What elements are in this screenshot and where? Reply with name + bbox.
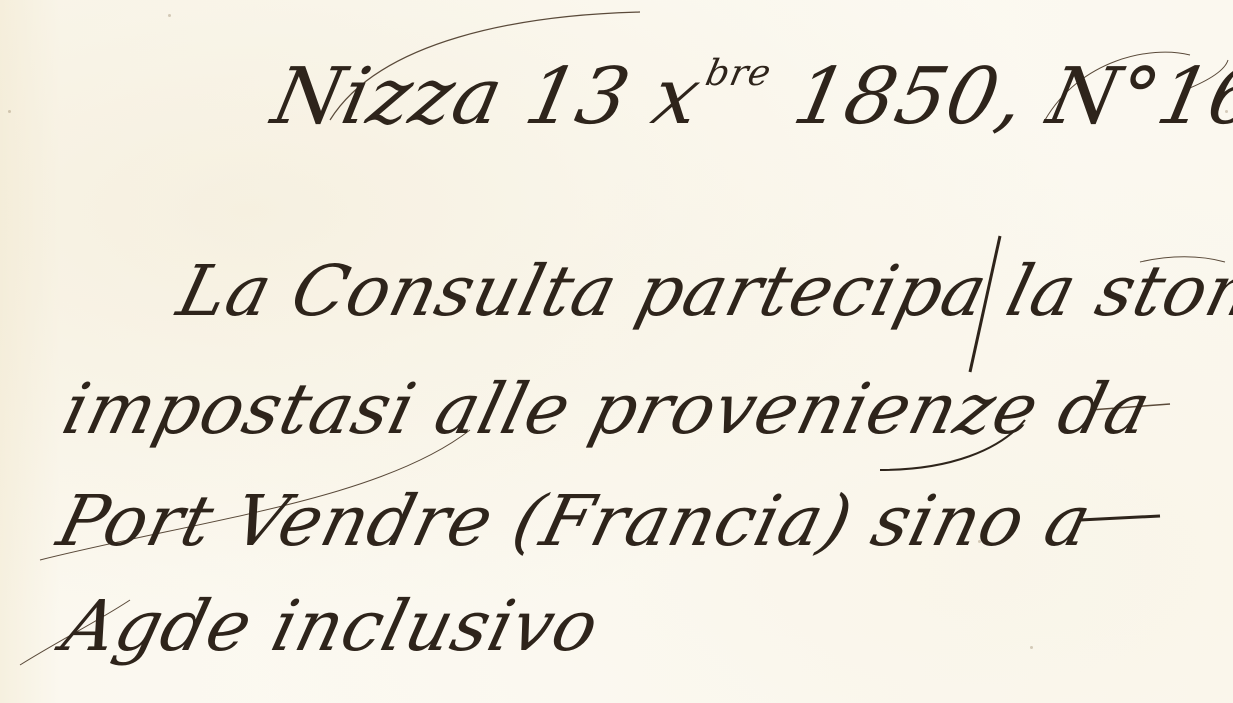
date-year: 1850, [786, 52, 1033, 142]
body-line-3: Port Vendre (Francia) sino a [50, 480, 1100, 562]
date-month: x [645, 52, 709, 142]
body-line-2: impostasi alle provenienze da [55, 368, 1159, 450]
date-day: 13 [518, 52, 638, 142]
date-month-superscript: bre [702, 53, 775, 94]
place-name: Nizza [265, 52, 511, 142]
body-line-4: Agde inclusivo [55, 585, 607, 667]
body-line-1: La Consulta partecipa la stoma [170, 250, 1233, 332]
paper-speck [168, 14, 171, 17]
paper-speck [1030, 646, 1033, 649]
document-heading: Nizza 13 xbre 1850, N°1665 [265, 52, 1233, 142]
paper-speck [8, 110, 11, 113]
number-label: N° [1040, 52, 1168, 142]
